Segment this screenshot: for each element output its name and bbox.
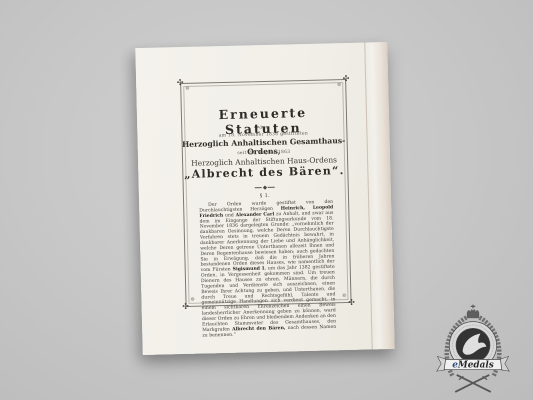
crossed-swords-icon: [455, 375, 491, 392]
statute-paragraph: Der Orden wurde gestiftet von den Durchl…: [199, 199, 336, 338]
emedals-watermark: eMedals: [436, 303, 510, 395]
document-paper: ✣ ✣ ✣ ✣ ❁ ❁ ❁ ❁ Erneuerte Statuten des a…: [135, 42, 394, 355]
brand-rest: Medals: [457, 361, 494, 371]
crown-icon: [467, 305, 479, 318]
corner-flourish-br-icon: ❁: [342, 294, 346, 299]
corner-flourish-bl-icon: ❁: [190, 298, 194, 303]
paper-fold-edge: [364, 42, 394, 349]
corner-ornament-tr-icon: ✣: [342, 75, 350, 83]
brand-text: eMedals: [452, 361, 493, 371]
corner-flourish-tl-icon: ❁: [185, 87, 189, 92]
corner-ornament-bl-icon: ✣: [182, 303, 190, 311]
corner-ornament-br-icon: ✣: [347, 299, 355, 307]
corner-flourish-tr-icon: ❁: [337, 83, 341, 88]
photo-stage: ✣ ✣ ✣ ✣ ❁ ❁ ❁ ❁ Erneuerte Statuten des a…: [0, 0, 533, 400]
corner-ornament-tl-icon: ✣: [176, 79, 184, 87]
